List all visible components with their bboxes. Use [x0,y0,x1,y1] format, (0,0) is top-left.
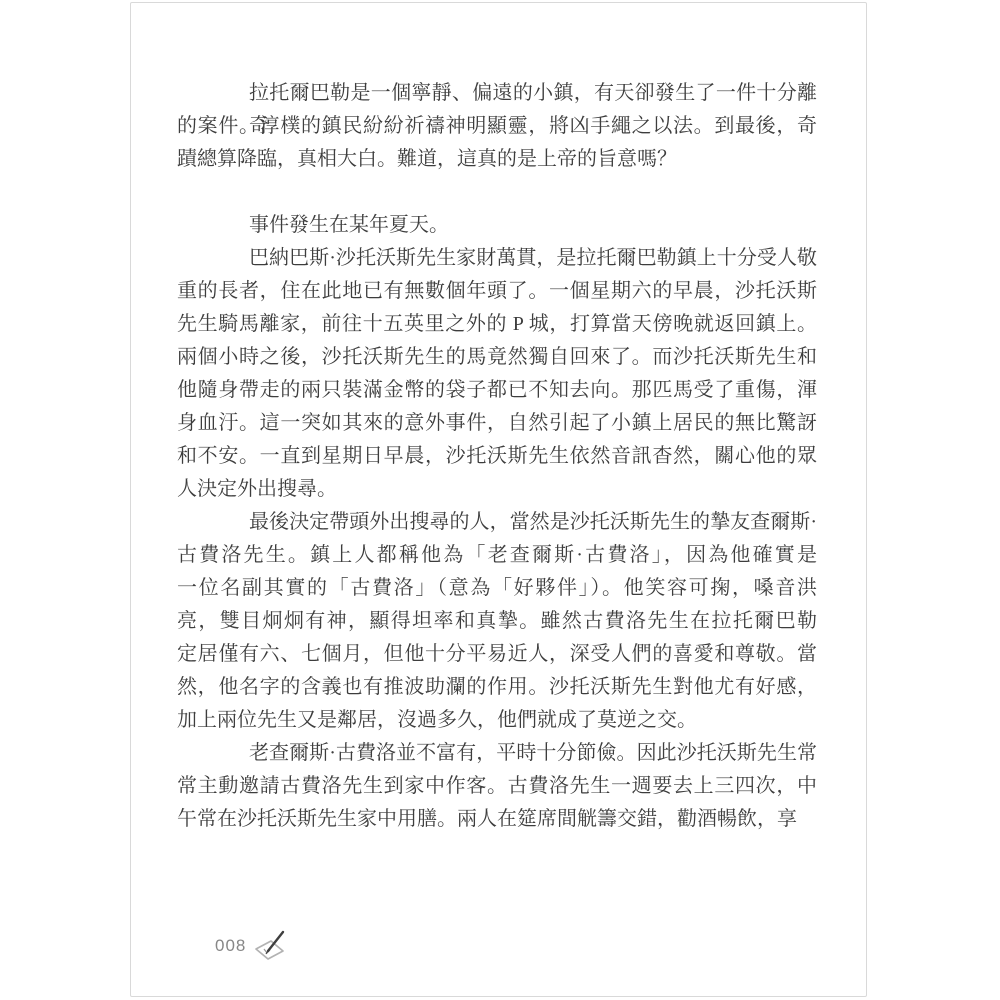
text-line: 和不安。一直到星期日早晨，沙托沃斯先生依然音訊杳然，關心他的眾 [177,440,817,473]
paragraph: 事件發生在某年夏天。 [177,209,817,242]
text-line: 午常在沙托沃斯先生家中用膳。兩人在筵席間觥籌交錯，勸酒暢飲，享 [177,803,817,836]
text-line: 巴納巴斯·沙托沃斯先生家財萬貫，是拉托爾巴勒鎮上十分受人敬 [177,242,817,275]
text-line: 老查爾斯·古費洛並不富有，平時十分節儉。因此沙托沃斯先生常 [177,737,817,770]
paragraph: 老查爾斯·古費洛並不富有，平時十分節儉。因此沙托沃斯先生常常主動邀請古費洛先生到… [177,737,817,836]
pencil-writing-on-paper-icon [253,928,287,964]
paragraph: 拉托爾巴勒是一個寧靜、偏遠的小鎮，有天卻發生了一件十分離奇的案件。淳樸的鎮民紛紛… [177,77,817,176]
text-line: 重的長者，住在此地已有無數個年頭了。一個星期六的早晨，沙托沃斯 [177,275,817,308]
text-line: 蹟總算降臨，真相大白。難道，這真的是上帝的旨意嗎？ [177,143,817,176]
text-line: 最後決定帶頭外出搜尋的人，當然是沙托沃斯先生的摯友查爾斯· [177,506,817,539]
text-line: 拉托爾巴勒是一個寧靜、偏遠的小鎮，有天卻發生了一件十分離奇 [177,77,817,110]
book-page: 拉托爾巴勒是一個寧靜、偏遠的小鎮，有天卻發生了一件十分離奇的案件。淳樸的鎮民紛紛… [130,2,867,997]
text-line: 身血汙。這一突如其來的意外事件，自然引起了小鎮上居民的無比驚訝 [177,407,817,440]
text-line: 先生騎馬離家，前往十五英里之外的 P 城，打算當天傍晚就返回鎮上。 [177,308,817,341]
paragraph: 巴納巴斯·沙托沃斯先生家財萬貫，是拉托爾巴勒鎮上十分受人敬重的長者，住在此地已有… [177,242,817,506]
text-line: 事件發生在某年夏天。 [177,209,817,242]
text-line: 兩個小時之後，沙托沃斯先生的馬竟然獨自回來了。而沙托沃斯先生和 [177,341,817,374]
page-footer: 008 [215,927,287,965]
paragraph: 最後決定帶頭外出搜尋的人，當然是沙托沃斯先生的摯友查爾斯·古費洛先生。鎮上人都稱… [177,506,817,737]
text-line: 亮，雙目炯炯有神，顯得坦率和真摯。雖然古費洛先生在拉托爾巴勒 [177,605,817,638]
text-line: 他隨身帶走的兩只裝滿金幣的袋子都已不知去向。那匹馬受了重傷，渾 [177,374,817,407]
page-number: 008 [215,927,246,965]
text-line: 一位名副其實的「古費洛」（意為「好夥伴」）。他笑容可掬，嗓音洪 [177,572,817,605]
body-text: 拉托爾巴勒是一個寧靜、偏遠的小鎮，有天卻發生了一件十分離奇的案件。淳樸的鎮民紛紛… [177,77,817,836]
text-line: 的案件。淳樸的鎮民紛紛祈禱神明顯靈，將凶手繩之以法。到最後，奇 [177,110,817,143]
text-line: 古費洛先生。鎮上人都稱他為「老查爾斯·古費洛」，因為他確實是 [177,539,817,572]
text-line: 人決定外出搜尋。 [177,473,817,506]
text-line: 然，他名字的含義也有推波助瀾的作用。沙托沃斯先生對他尤有好感， [177,671,817,704]
text-line: 定居僅有六、七個月，但他十分平易近人，深受人們的喜愛和尊敬。當 [177,638,817,671]
text-line: 加上兩位先生又是鄰居，沒過多久，他們就成了莫逆之交。 [177,704,817,737]
text-line: 常主動邀請古費洛先生到家中作客。古費洛先生一週要去上三四次，中 [177,770,817,803]
screenshot-canvas: 拉托爾巴勒是一個寧靜、偏遠的小鎮，有天卻發生了一件十分離奇的案件。淳樸的鎮民紛紛… [0,0,1000,1000]
